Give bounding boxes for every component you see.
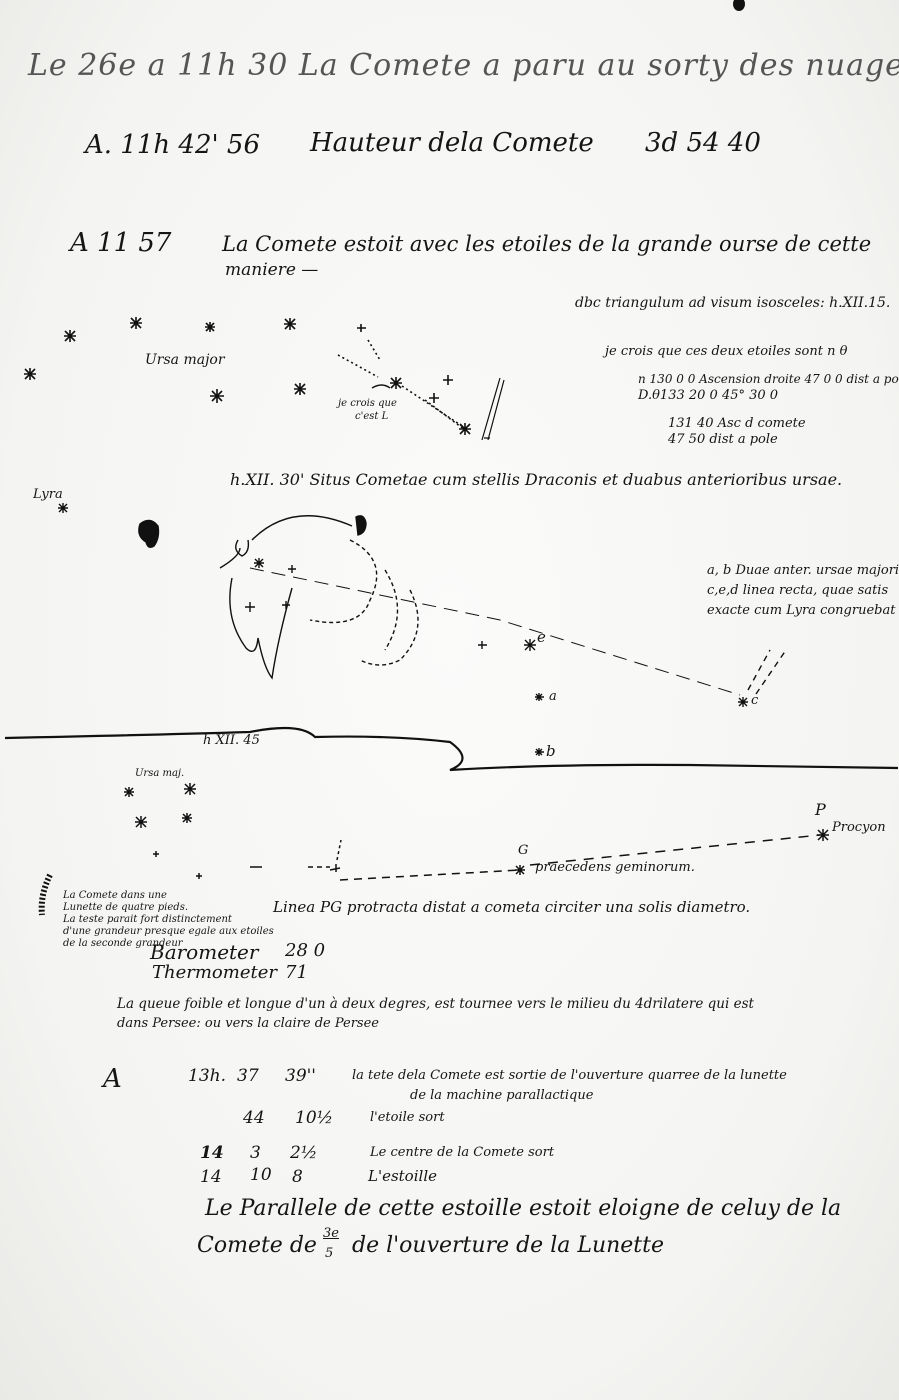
tail-note-2: dans Persee: ou vers la claire de Persee	[117, 1016, 379, 1031]
star-icon	[64, 330, 76, 342]
timing-text-0: la tete dela Comete est sortie de l'ouve…	[352, 1068, 787, 1083]
label-b: b	[546, 742, 556, 760]
fraction-numerator: 3e	[323, 1226, 339, 1241]
header-time: A. 11h 42' 56	[85, 130, 260, 160]
header-value: 3d 54 40	[645, 128, 761, 158]
obs1-time: A 11 57	[70, 228, 171, 258]
obs1-text: La Comete estoit avec les etoiles de la …	[222, 232, 871, 256]
conclusion-line2a: Comete de	[197, 1233, 317, 1258]
obs2-note-2: c,e,d linea recta, quae satis	[707, 583, 888, 598]
label-praecedens: praecedens geminorum.	[535, 860, 695, 875]
label-e: e	[537, 628, 546, 646]
label-lyra: Lyra	[33, 487, 63, 502]
label-time-1245: h XII. 45	[203, 733, 260, 748]
timing-s-2: 10½	[295, 1108, 333, 1128]
timing-text-1: de la machine parallactique	[410, 1088, 593, 1103]
label-a: a	[549, 689, 557, 704]
ink-blot	[733, 0, 745, 11]
timing-h-0: 13h.	[188, 1066, 226, 1086]
label-G: G	[518, 843, 528, 858]
star-chart-ursa-major	[24, 317, 504, 440]
draco-sketch	[58, 503, 786, 756]
timing-text-3: Le centre de la Comete sort	[370, 1145, 554, 1160]
timing-marker: A	[103, 1064, 122, 1094]
obs2-caption: h.XII. 30' Situs Cometae cum stellis Dra…	[230, 470, 842, 489]
thermometer-value: 71	[285, 962, 308, 983]
obs1-text-cont: maniere —	[225, 260, 318, 280]
label-P: P	[815, 800, 826, 819]
label-procyon: Procyon	[832, 820, 886, 835]
side-note-2: n 130 0 0 Ascension droite 47 0 0 dist a…	[638, 372, 899, 386]
horizon-line	[5, 728, 898, 770]
fraction-denominator: 5	[325, 1246, 333, 1261]
thermometer-label: Thermometer	[152, 962, 277, 983]
linea-note: Linea PG protracta distat a cometa circi…	[273, 898, 750, 916]
label-je-crois: je crois que	[338, 398, 397, 410]
timing-m-2: 44	[243, 1108, 265, 1128]
triangle-note: dbc triangulum ad visum isosceles: h.XII…	[575, 295, 890, 311]
sketch-layer	[0, 0, 899, 1400]
label-ursa-major: Ursa major	[145, 352, 225, 368]
timing-m-0: 37	[237, 1066, 259, 1086]
timing-h-4: 14	[200, 1167, 222, 1187]
manuscript-page: Le 26e a 11h 30 La Comete a paru au sort…	[0, 0, 899, 1400]
side-note-5: 47 50 dist a pole	[668, 432, 778, 447]
tail-note-1: La queue foible et longue d'un à deux de…	[117, 996, 754, 1012]
side-note-3: D.θ133 20 0 45° 30 0	[638, 388, 778, 403]
barometer-label: Barometer	[150, 940, 258, 964]
timing-s-0: 39''	[285, 1066, 316, 1086]
side-note-1: je crois que ces deux etoiles sont n θ	[605, 344, 847, 359]
barometer-value: 28 0	[285, 940, 325, 961]
label-ursa-maj: Ursa maj.	[135, 768, 184, 780]
timing-text-2: l'etoile sort	[370, 1110, 445, 1125]
timing-m-3: 3	[250, 1143, 261, 1163]
obs2-note-1: a, b Duae anter. ursae majoris	[707, 563, 899, 578]
label-cest-l: c'est L	[355, 411, 388, 423]
header-label: Hauteur dela Comete	[310, 128, 594, 158]
conclusion-line2b: de l'ouverture de la Lunette	[352, 1233, 664, 1258]
timing-h-3: 14	[200, 1143, 224, 1163]
timing-m-4: 10	[250, 1165, 272, 1185]
timing-text-4: L'estoille	[368, 1167, 437, 1185]
side-note-4: 131 40 Asc d comete	[668, 416, 806, 431]
timing-s-3: 2½	[290, 1143, 317, 1163]
header-line1: Le 26e a 11h 30 La Comete a paru au sort…	[28, 48, 899, 83]
obs2-note-3: exacte cum Lyra congruebat	[707, 603, 895, 618]
timing-s-4: 8	[292, 1167, 303, 1187]
conclusion-line1: Le Parallele de cette estoille estoit el…	[205, 1196, 841, 1221]
label-c: c	[751, 693, 758, 708]
